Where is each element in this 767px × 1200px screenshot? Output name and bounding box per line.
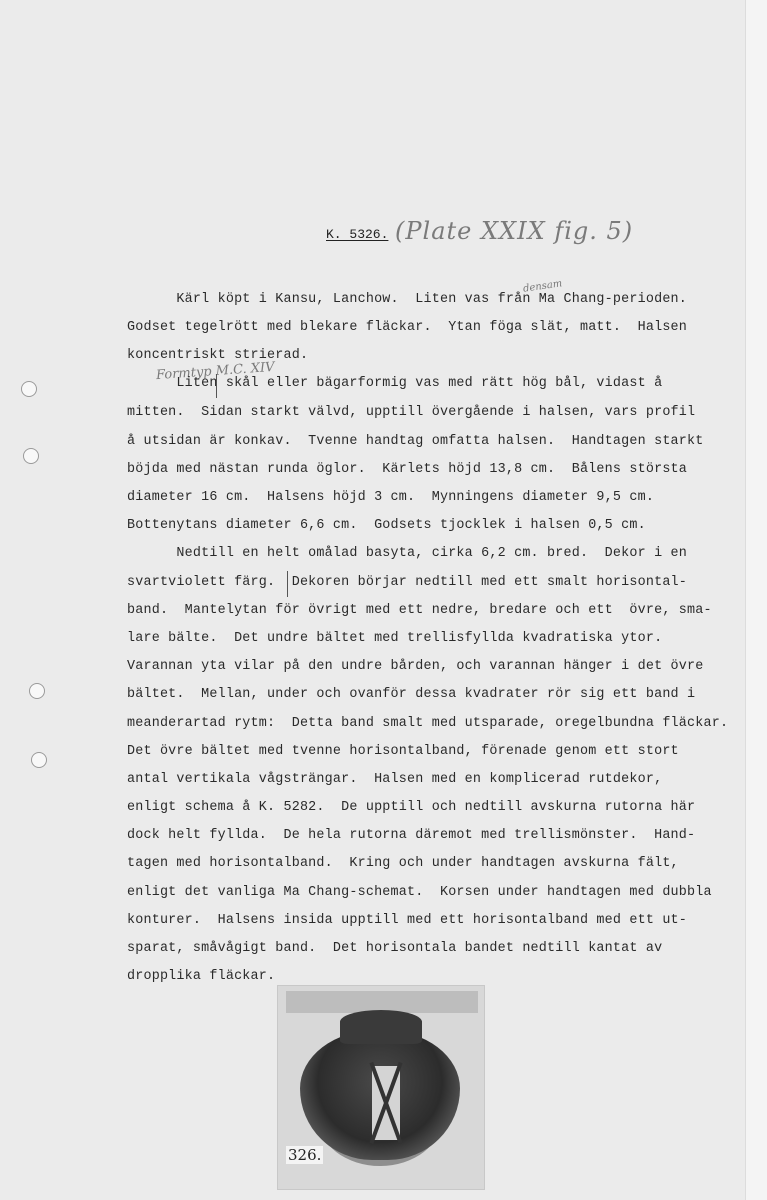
handwritten-mark <box>287 571 288 597</box>
text-line: enligt det vanliga Ma Chang-schemat. Kor… <box>127 885 712 901</box>
text-line: dock helt fyllda. De hela rutorna däremo… <box>127 828 695 844</box>
text-line: å utsidan är konkav. Tvenne handtag omfa… <box>127 434 704 450</box>
text-line: tagen med horisontalband. Kring och unde… <box>127 856 679 872</box>
text-line: koncentriskt strierad. <box>127 348 308 364</box>
text-line: konturer. Halsens insida upptill med ett… <box>127 913 687 929</box>
text-line: Det övre bältet med tvenne horisontalban… <box>127 744 679 760</box>
text-line: lare bälte. Det undre bältet med trellis… <box>127 631 662 647</box>
text-line: Kärl köpt i Kansu, Lanchow. Liten vas fr… <box>127 292 687 308</box>
text-line: böjda med nästan runda öglor. Kärlets hö… <box>127 462 687 478</box>
text-line: Bottenytans diameter 6,6 cm. Godsets tjo… <box>127 518 646 534</box>
catalog-number-heading: K. 5326. <box>326 227 388 242</box>
text-line: bältet. Mellan, under och ovanför dessa … <box>127 687 695 703</box>
handwritten-plate-note: (Plate XXIX fig. 5) <box>395 217 633 245</box>
photo-label: 326. <box>286 1146 323 1164</box>
text-line: meanderartad rytm: Detta band smalt med … <box>127 716 728 732</box>
text-line: Liten skål eller bägarformig vas med rät… <box>127 376 662 392</box>
binder-hole <box>21 381 37 397</box>
text-line: Nedtill en helt omålad basyta, cirka 6,2… <box>127 546 687 562</box>
binder-hole <box>23 448 39 464</box>
binder-hole <box>31 752 47 768</box>
text-line: Varannan yta vilar på den undre bården, … <box>127 659 704 675</box>
pottery-photo: 326. <box>277 985 485 1190</box>
text-line: diameter 16 cm. Halsens höjd 3 cm. Mynni… <box>127 490 654 506</box>
page-edge <box>745 0 767 1200</box>
text-line: svartviolett färg. Dekoren börjar nedtil… <box>127 575 687 591</box>
text-line: enligt schema å K. 5282. De upptill och … <box>127 800 695 816</box>
text-line: band. Mantelytan för övrigt med ett nedr… <box>127 603 712 619</box>
document-page: K. 5326. (Plate XXIX fig. 5) densam Form… <box>0 0 745 1200</box>
binder-hole <box>29 683 45 699</box>
text-line: antal vertikala vågsträngar. Halsen med … <box>127 772 662 788</box>
text-line: dropplika fläckar. <box>127 969 275 985</box>
text-line: Godset tegelrött med blekare fläckar. Yt… <box>127 320 687 336</box>
handwritten-mark <box>216 374 217 398</box>
text-line: mitten. Sidan starkt välvd, upptill över… <box>127 405 695 421</box>
text-line: sparat, småvågigt band. Det horisontala … <box>127 941 662 957</box>
